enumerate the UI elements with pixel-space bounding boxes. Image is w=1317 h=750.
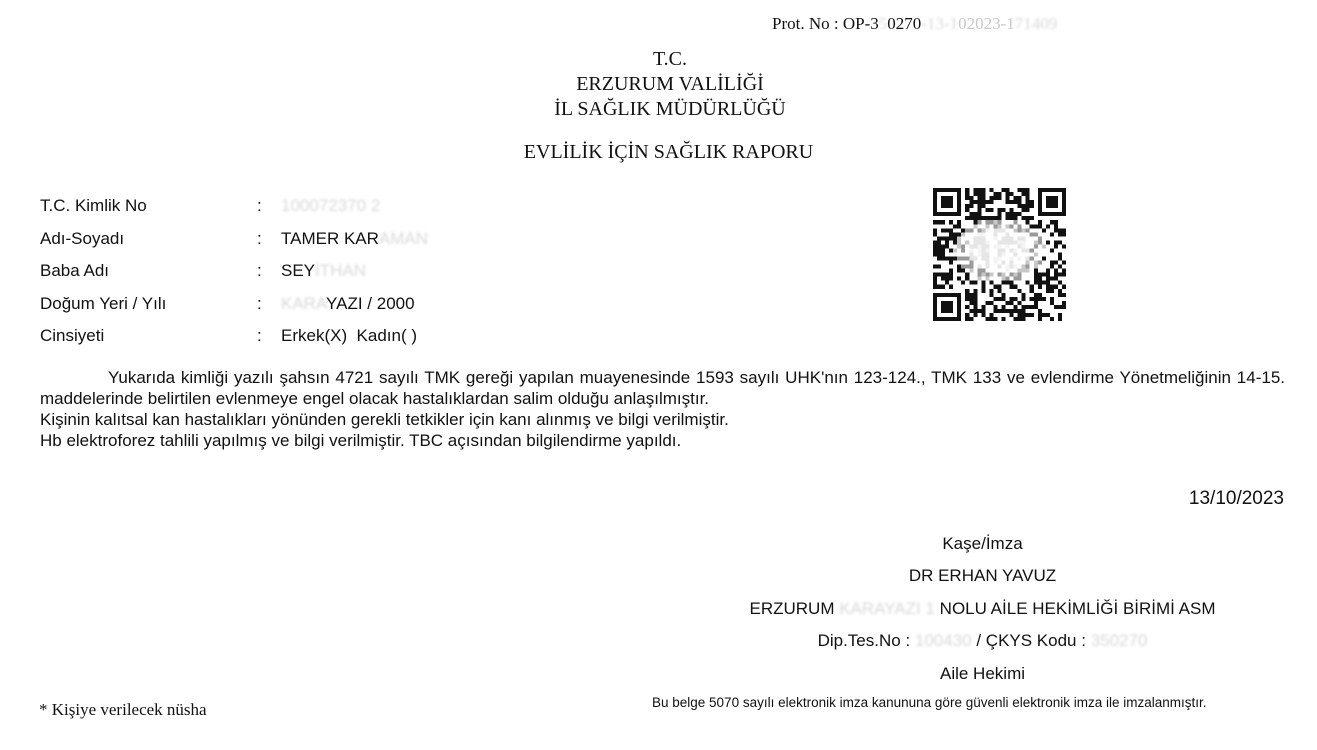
field-colon: : bbox=[257, 258, 262, 284]
header-governorship: ERZURUM VALİLİĞİ bbox=[0, 72, 1317, 97]
field-value: TAMER KARAMAN bbox=[281, 226, 428, 252]
protocol-prefix: OP-3 bbox=[843, 14, 879, 33]
redacted-text: 100072370 2 bbox=[281, 196, 380, 215]
diploma-ckys-codes: Dip.Tes.No : 100430 / ÇKYS Kodu : 350270 bbox=[660, 629, 1305, 661]
field-label: Doğum Yeri / Yılı bbox=[40, 291, 166, 317]
body-paragraph-blood-test: Kişinin kalıtsal kan hastalıkları yönünd… bbox=[40, 409, 1285, 430]
doctor-name: DR ERHAN YAVUZ bbox=[660, 564, 1305, 596]
field-value: SEYİTHAN bbox=[281, 258, 366, 284]
redacted-text: KARA bbox=[281, 294, 326, 313]
field-value: KARAYAZI / 2000 bbox=[281, 291, 415, 317]
field-label: Adı-Soyadı bbox=[40, 226, 124, 252]
signature-block: Kaşe/İmza DR ERHAN YAVUZ ERZURUM KARAYAZ… bbox=[660, 532, 1305, 694]
header-health-directorate: İL SAĞLIK MÜDÜRLÜĞÜ bbox=[0, 97, 1317, 122]
protocol-middle: 0270 bbox=[887, 14, 921, 33]
protocol-redacted: -13-1 bbox=[921, 14, 958, 33]
field-colon: : bbox=[257, 226, 262, 252]
redacted-text: AMAN bbox=[379, 229, 428, 248]
protocol-redacted: 5 bbox=[879, 14, 888, 33]
document-header: T.C. ERZURUM VALİLİĞİ İL SAĞLIK MÜDÜRLÜĞ… bbox=[0, 47, 1317, 122]
field-value: Erkek(X) Kadın( ) bbox=[281, 323, 417, 349]
field-label: Baba Adı bbox=[40, 258, 109, 284]
redacted-text: KARAYAZI 1 bbox=[839, 599, 935, 618]
field-colon: : bbox=[257, 323, 262, 349]
redacted-text: 100430 bbox=[915, 631, 972, 650]
copy-note: * Kişiye verilecek nüsha bbox=[39, 700, 207, 720]
body-paragraph-findings: Yukarıda kimliği yazılı şahsın 4721 sayı… bbox=[40, 367, 1285, 409]
protocol-redacted: 71409 bbox=[1015, 14, 1058, 33]
header-tc: T.C. bbox=[0, 47, 1317, 72]
body-paragraph-hb-tbc: Hb elektroforez tahlili yapılmış ve bilg… bbox=[40, 430, 1285, 451]
redacted-text: 350270 bbox=[1091, 631, 1148, 650]
doctor-role: Aile Hekimi bbox=[660, 662, 1305, 694]
protocol-suffix: 02023-1 bbox=[958, 14, 1015, 33]
field-colon: : bbox=[257, 193, 262, 219]
health-unit: ERZURUM KARAYAZI 1 NOLU AİLE HEKİMLİĞİ B… bbox=[660, 597, 1305, 629]
stamp-signature-label: Kaşe/İmza bbox=[660, 532, 1305, 564]
protocol-label: Prot. No : bbox=[772, 14, 843, 33]
field-value: 100072370 2 bbox=[281, 193, 380, 219]
electronic-signature-note: Bu belge 5070 sayılı elektronik imza kan… bbox=[652, 695, 1207, 710]
report-title: EVLİLİK İÇİN SAĞLIK RAPORU bbox=[0, 141, 1317, 164]
report-date: 13/10/2023 bbox=[1189, 488, 1284, 510]
qr-code-icon bbox=[933, 188, 1066, 321]
field-colon: : bbox=[257, 291, 262, 317]
report-body: Yukarıda kimliği yazılı şahsın 4721 sayı… bbox=[40, 367, 1285, 451]
field-label: T.C. Kimlik No bbox=[40, 193, 147, 219]
field-label: Cinsiyeti bbox=[40, 323, 104, 349]
protocol-number: Prot. No : OP-350270-13-102023-171409 bbox=[772, 14, 1057, 34]
redacted-text: İTHAN bbox=[315, 261, 366, 280]
